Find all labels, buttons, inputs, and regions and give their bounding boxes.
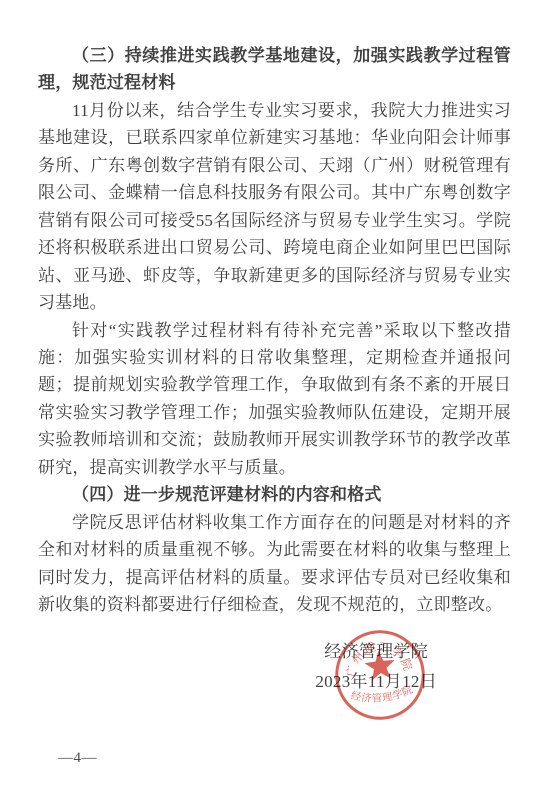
section-heading: （四）进一步规范评建材料的内容和格式 (38, 481, 511, 508)
body-paragraph: 11月份以来，结合学生专业实习要求，我院大力推进实习基地建设，已联系四家单位新建… (38, 97, 511, 317)
document-body: （三）持续推进实践教学基地建设，加强实践教学过程管理，规范过程材料11月份以来，… (38, 42, 511, 619)
document-page: （三）持续推进实践教学基地建设，加强实践教学过程管理，规范过程材料11月份以来，… (0, 0, 547, 798)
body-paragraph: 针对“实践教学过程材料有待补充完善”采取以下整改措施：加强实验实训材料的日常收集… (38, 317, 511, 482)
body-paragraph: 学院反思评估材料收集工作方面存在的问题是对材料的齐全和对材料的质量重视不够。为此… (38, 509, 511, 619)
page-number: —4— (58, 750, 97, 767)
section-heading: （三）持续推进实践教学基地建设，加强实践教学过程管理，规范过程材料 (38, 42, 511, 97)
seal-bottom-arc-text: 经济管理学院 (348, 682, 415, 708)
official-seal-stamp: 广州理工学院 经济管理学院 (328, 623, 431, 726)
